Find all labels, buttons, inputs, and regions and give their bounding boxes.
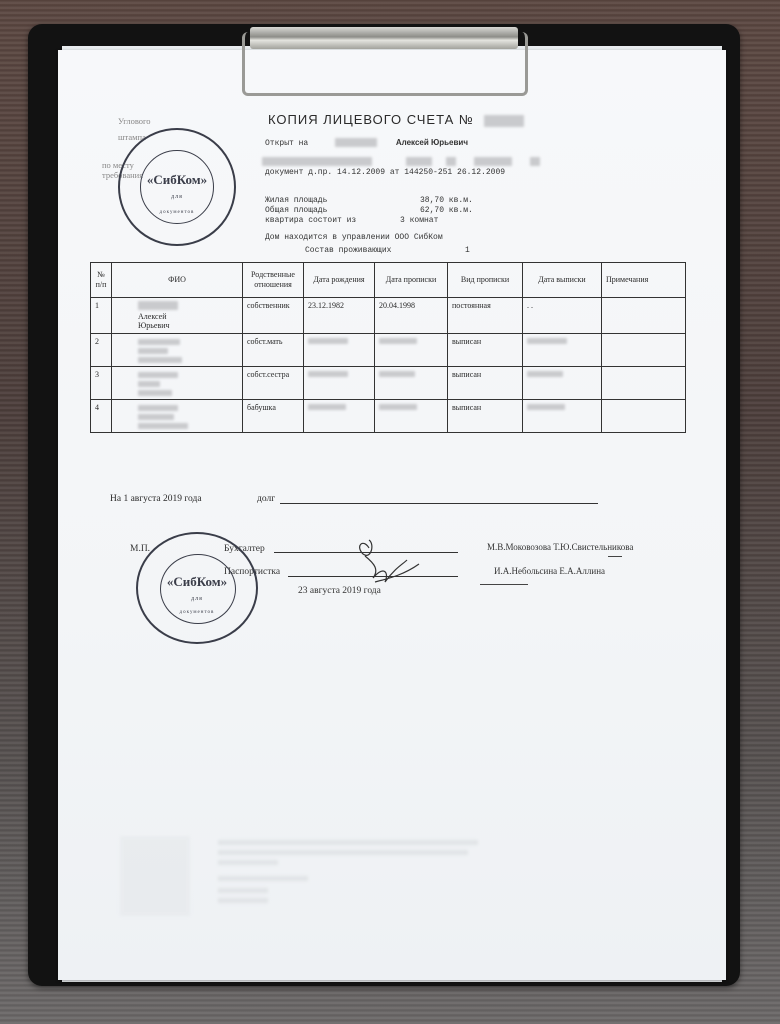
living-area-value: 38,70 кв.м.: [420, 196, 473, 205]
header-registration-type: Вид прописки: [448, 263, 523, 298]
total-area-value: 62,70 кв.м.: [420, 206, 473, 215]
company-stamp-top: «СибКом» для документов: [118, 128, 236, 246]
residents-line: Состав проживающих1: [305, 246, 470, 255]
table-row: 3 собст.сестра выписан: [91, 367, 686, 400]
cell-notes: [602, 298, 686, 334]
cell-fio-redacted: [112, 334, 243, 367]
debt-line: [280, 503, 598, 504]
cell-relation: бабушка: [243, 400, 304, 433]
table-row: 1 Алексей Юрьевич собственник 23.12.1982…: [91, 298, 686, 334]
cell-birth-date: 23.12.1982: [304, 298, 375, 334]
rooms-value: 3 комнат: [400, 216, 438, 225]
cell-number: 1: [91, 298, 112, 334]
stamp-purpose-2: документов: [120, 210, 234, 215]
surname-redacted: [335, 138, 377, 147]
passport-officer-names: И.А.Небольсина Е.А.Аллина: [494, 566, 605, 576]
cell-notes: [602, 400, 686, 433]
cell-deregistration-date-redacted: [523, 334, 602, 367]
mp-label: М.П.: [130, 544, 150, 554]
cell-notes: [602, 367, 686, 400]
cell-registration-type: выписан: [448, 367, 523, 400]
cell-registration-type: постоянная: [448, 298, 523, 334]
opened-on-name: Алексей Юрьевич: [396, 138, 468, 147]
living-area-label: Жилая площадь: [265, 196, 420, 206]
address-redacted: [262, 153, 602, 163]
cell-number: 2: [91, 334, 112, 367]
header-birth-date: Дата рождения: [304, 263, 375, 298]
header-notes: Примечания: [602, 263, 686, 298]
corner-label-1: Углового: [118, 116, 151, 126]
stamp-purpose: для: [120, 194, 234, 200]
debt-label: долг: [257, 494, 275, 504]
cell-registration-type: выписан: [448, 334, 523, 367]
header-relation: Родственные отношения: [243, 263, 304, 298]
cell-birth-date-redacted: [304, 367, 375, 400]
account-number-redacted: [484, 115, 524, 127]
cell-number: 3: [91, 367, 112, 400]
cell-birth-date-redacted: [304, 334, 375, 367]
cell-deregistration-date-redacted: [523, 400, 602, 433]
cell-deregistration-date-redacted: [523, 367, 602, 400]
stamp-purpose: для: [138, 596, 256, 602]
cell-registration-date-redacted: [375, 367, 448, 400]
clipboard-clip-wire: [242, 32, 528, 96]
cell-fio-redacted: [112, 367, 243, 400]
document-line: документ д.пр. 14.12.2009 ат 144250-251 …: [265, 168, 505, 177]
cell-deregistration-date: . .: [523, 298, 602, 334]
cell-registration-date-redacted: [375, 334, 448, 367]
header-number: № п/п: [91, 263, 112, 298]
cell-registration-type: выписан: [448, 400, 523, 433]
company-stamp-bottom: «СибКом» для документов: [136, 532, 258, 644]
page-title: КОПИЯ ЛИЦЕВОГО СЧЕТА №: [268, 112, 524, 127]
opened-on-line: Открыт на Алексей Юрьевич: [265, 138, 468, 148]
ink-mark: [608, 556, 622, 557]
cell-registration-date-redacted: [375, 400, 448, 433]
title-text: КОПИЯ ЛИЦЕВОГО СЧЕТА №: [268, 112, 474, 127]
cell-registration-date: 20.04.1998: [375, 298, 448, 334]
cell-relation: собст.мать: [243, 334, 304, 367]
management-line: Дом находится в управлении ООО СибКом: [265, 233, 443, 242]
handwritten-signature: [345, 534, 425, 590]
residents-label: Состав проживающих: [305, 246, 465, 255]
residents-table: № п/п ФИО Родственные отношения Дата рож…: [90, 262, 686, 433]
area-block: Жилая площадь38,70 кв.м. Общая площадь62…: [265, 196, 473, 226]
cell-relation: собственник: [243, 298, 304, 334]
cell-notes: [602, 334, 686, 367]
ink-mark: [480, 584, 528, 585]
table-row: 4 бабушка выписан: [91, 400, 686, 433]
total-area-label: Общая площадь: [265, 206, 420, 216]
table-header-row: № п/п ФИО Родственные отношения Дата рож…: [91, 263, 686, 298]
fio-text: Алексей Юрьевич: [116, 312, 188, 330]
header-fio: ФИО: [112, 263, 243, 298]
cell-number: 4: [91, 400, 112, 433]
stamp-purpose-2: документов: [138, 610, 256, 615]
accountant-names: М.В.Моковозова Т.Ю.Свистельникова: [487, 542, 633, 552]
cell-relation: собст.сестра: [243, 367, 304, 400]
cell-fio: Алексей Юрьевич: [112, 298, 243, 334]
residents-count: 1: [465, 246, 470, 255]
cell-fio-redacted: [112, 400, 243, 433]
stamp-name: «СибКом»: [120, 172, 234, 188]
opened-on-label: Открыт на: [265, 139, 308, 148]
table-row: 2 собст.мать выписан: [91, 334, 686, 367]
header-deregistration-date: Дата выписки: [523, 263, 602, 298]
stamp-name: «СибКом»: [138, 574, 256, 590]
rooms-label: квартира состоит из: [265, 216, 400, 226]
header-registration-date: Дата прописки: [375, 263, 448, 298]
cell-birth-date-redacted: [304, 400, 375, 433]
debt-date: На 1 августа 2019 года: [110, 494, 202, 504]
